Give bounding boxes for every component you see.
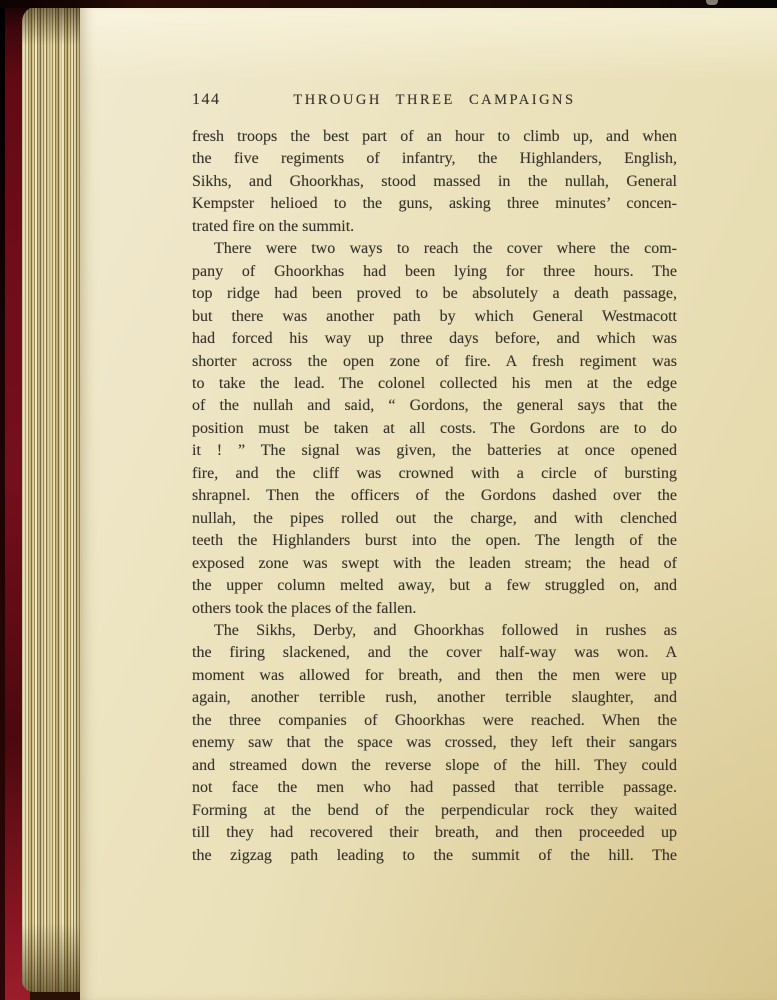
text-line: Sikhs, and Ghoorkhas, stood massed in th… <box>192 171 677 193</box>
page-header: 144 THROUGH THREE CAMPAIGNS <box>192 91 677 111</box>
text-line: the firing slackened, and the cover half… <box>192 642 677 664</box>
text-line: top ridge had been proved to be absolute… <box>192 283 677 305</box>
text-line: shrapnel. Then the officers of the Gordo… <box>192 485 677 507</box>
text-line: others took the places of the fallen. <box>192 598 677 620</box>
text-line: not face the men who had passed that ter… <box>192 777 677 799</box>
text-line: and streamed down the reverse slope of t… <box>192 755 677 777</box>
text-line: the three companies of Ghoorkhas were re… <box>192 710 677 732</box>
book-photo: 144 THROUGH THREE CAMPAIGNS fresh troops… <box>0 0 777 1000</box>
page-body: fresh troops the best part of an hour to… <box>192 126 677 867</box>
text-line: the five regiments of infantry, the High… <box>192 148 677 170</box>
text-line: exposed zone was swept with the leaden s… <box>192 553 677 575</box>
text-line: the zigzag path leading to the summit of… <box>192 845 677 867</box>
text-line: pany of Ghoorkhas had been lying for thr… <box>192 261 677 283</box>
text-line: position must be taken at all costs. The… <box>192 418 677 440</box>
text-line: There were two ways to reach the cover w… <box>192 238 677 260</box>
text-line: but there was another path by which Gene… <box>192 306 677 328</box>
text-line: till they had recovered their breath, an… <box>192 822 677 844</box>
text-line: had forced his way up three days before,… <box>192 328 677 350</box>
page-edges <box>22 6 82 992</box>
text-line: enemy saw that the space was crossed, th… <box>192 732 677 754</box>
paragraph: fresh troops the best part of an hour to… <box>192 126 677 238</box>
text-line: it ! ” The signal was given, the batteri… <box>192 440 677 462</box>
text-line: of the nullah and said, “ Gordons, the g… <box>192 395 677 417</box>
text-line: fresh troops the best part of an hour to… <box>192 126 677 148</box>
text-line: The Sikhs, Derby, and Ghoorkhas followed… <box>192 620 677 642</box>
text-line: to take the lead. The colonel collected … <box>192 373 677 395</box>
text-line: trated fire on the summit. <box>192 216 677 238</box>
paragraph: There were two ways to reach the cover w… <box>192 238 677 620</box>
text-line: the upper column melted away, but a few … <box>192 575 677 597</box>
text-line: nullah, the pipes rolled out the charge,… <box>192 508 677 530</box>
text-line: fire, and the cliff was crowned with a c… <box>192 463 677 485</box>
text-line: Forming at the bend of the perpendicular… <box>192 800 677 822</box>
text-line: teeth the Highlanders burst into the ope… <box>192 530 677 552</box>
paragraph: The Sikhs, Derby, and Ghoorkhas followed… <box>192 620 677 867</box>
text-line: shorter across the open zone of fire. A … <box>192 351 677 373</box>
page-number: 144 <box>192 91 221 109</box>
metal-glint <box>706 0 718 5</box>
text-line: again, another terrible rush, another te… <box>192 687 677 709</box>
book-cover-top-edge <box>0 0 777 8</box>
text-line: Kempster helioed to the guns, asking thr… <box>192 193 677 215</box>
book-page: 144 THROUGH THREE CAMPAIGNS fresh troops… <box>80 6 777 1000</box>
text-block: 144 THROUGH THREE CAMPAIGNS fresh troops… <box>192 91 677 867</box>
text-line: moment was allowed for breath, and then … <box>192 665 677 687</box>
running-header: THROUGH THREE CAMPAIGNS <box>192 91 677 109</box>
